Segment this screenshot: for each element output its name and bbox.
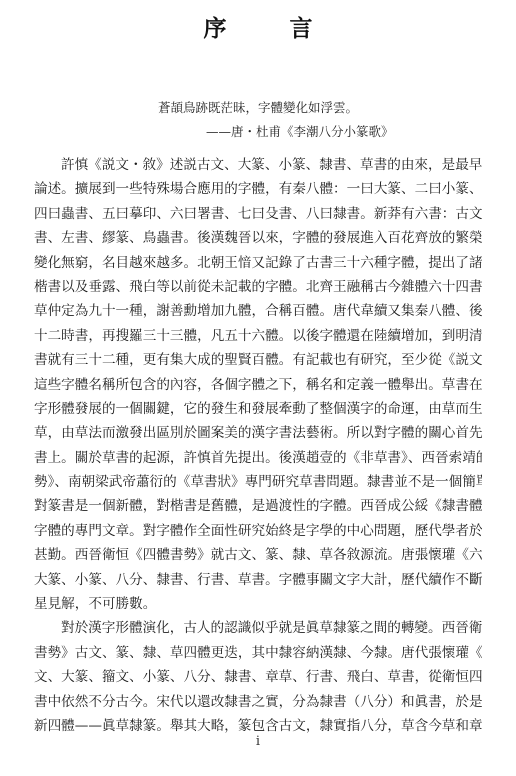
paragraph-2: 對於漢字形體演化，古人的認識似乎就是眞草隸篆之間的轉變。西晉衛恒《四體 書勢》古… — [34, 616, 482, 738]
page-title: 序 言 — [0, 10, 516, 43]
epigraph-quote: 蒼頡鳥跡既茫昧，字體變化如浮雲。 — [158, 96, 394, 120]
body-text: 許慎《説文・敘》述説古文、大篆、小篆、隸書、草書的由來，是最早的漢字形體史 論述… — [34, 153, 482, 738]
text-line: 變化無窮，名目越來越多。北朝王愔又記錄了古書三十六種字體，提出了諸如行書、 — [34, 251, 482, 275]
text-line: 許慎《説文・敘》述説古文、大篆、小篆、隸書、草書的由來，是最早的漢字形體史 — [34, 153, 482, 177]
text-line: 四曰蟲書、五曰摹印、六曰署書、七曰殳書、八曰隸書。新莽有六書：古文、奇字、篆 — [34, 202, 482, 226]
epigraph: 蒼頡鳥跡既茫昧，字體變化如浮雲。 ——唐・杜甫《李潮八分小篆歌》 — [158, 96, 394, 144]
text-line: 草仲定為九十一種，謝善勳增加九體，合稱百體。唐代韋續又集秦八體、後漢徐安于 — [34, 299, 482, 323]
text-line: 論述。擴展到一些特殊場合應用的字體，有秦八體：一曰大篆、二曰小篆、三曰刻符、 — [34, 177, 482, 201]
text-line: 十二時書，再搜羅三十三體，凡五十六體。以後字體還在陸續增加，到明清時期，僅篆 — [34, 324, 482, 348]
text-line: 楷書以及垂露、飛白等以前從未記載的字體。北齊王融稱古今雜體六十四書，南朝梁 — [34, 275, 482, 299]
text-line: 字形體發展的一個關鍵，它的發生和發展牽動了整個漢字的命運，由草而生隸、生章 — [34, 397, 482, 421]
text-line: 書就有三十二種，更有集大成的聖賢百體。有記載也有研究，至少從《説文》開始關心 — [34, 348, 482, 372]
paragraph-1: 許慎《説文・敘》述説古文、大篆、小篆、隸書、草書的由來，是最早的漢字形體史 論述… — [34, 153, 482, 616]
text-line: 這些字體名稱所包含的內容，各個字體之下，稱名和定義一體舉出。草書在漢代是漢 — [34, 373, 482, 397]
text-line: 草，由草法而激發出區別於圖案美的漢字書法藝術。所以對字體的關心首先落在草 — [34, 421, 482, 445]
text-line: 書中依然不分古今。宋代以還改隸書之實，分為隸書（八分）和眞書，於是形體之變為 — [34, 690, 482, 714]
text-line: 甚勤。西晉衛恒《四體書勢》就古文、篆、隸、草各敘源流。唐張懷瓘《六體書論》總論 — [34, 543, 482, 567]
text-line: 星見解，不可勝數。 — [34, 592, 482, 616]
text-line: 書勢》古文、篆、隸、草四體更迭，其中隸容納漢隸、今隸。唐代張懷瓘《書斷》分作古 — [34, 641, 482, 665]
text-line: 對篆書是一個新體，對楷書是舊體，是過渡性的字體。西晉成公綏《隸書體》是研究此 — [34, 494, 482, 518]
text-line: 字體的專門文章。對字體作全面性研究始終是字學的中心問題，歷代學者於此用力 — [34, 519, 482, 543]
page-number: i — [0, 734, 516, 749]
text-line: 大篆、小篆、八分、隸書、行書、草書。字體事關文字大計，歷代續作不斷，見於筆記零 — [34, 568, 482, 592]
text-line: 書上。關於草書的起源，許慎首先提出。後漢趙壹的《非草書》、西晉索靖的《草書 — [34, 446, 482, 470]
text-line: 書、左書、繆篆、鳥蟲書。後漢魏晉以來，字體的發展進入百花齊放的繁榮時期，各體 — [34, 226, 482, 250]
text-line: 勢》、南朝梁武帝蕭衍的《草書狀》專門研究草書問題。隸書並不是一個簡單的字體， — [34, 470, 482, 494]
text-line: 文、大篆、籀文、小篆、八分、隸書、章草、行書、飛白、草書，從衛恒四體細化為十體，… — [34, 665, 482, 689]
epigraph-source: ——唐・杜甫《李潮八分小篆歌》 — [158, 120, 394, 144]
text-line: 對於漢字形體演化，古人的認識似乎就是眞草隸篆之間的轉變。西晉衛恒《四體 — [34, 616, 482, 640]
